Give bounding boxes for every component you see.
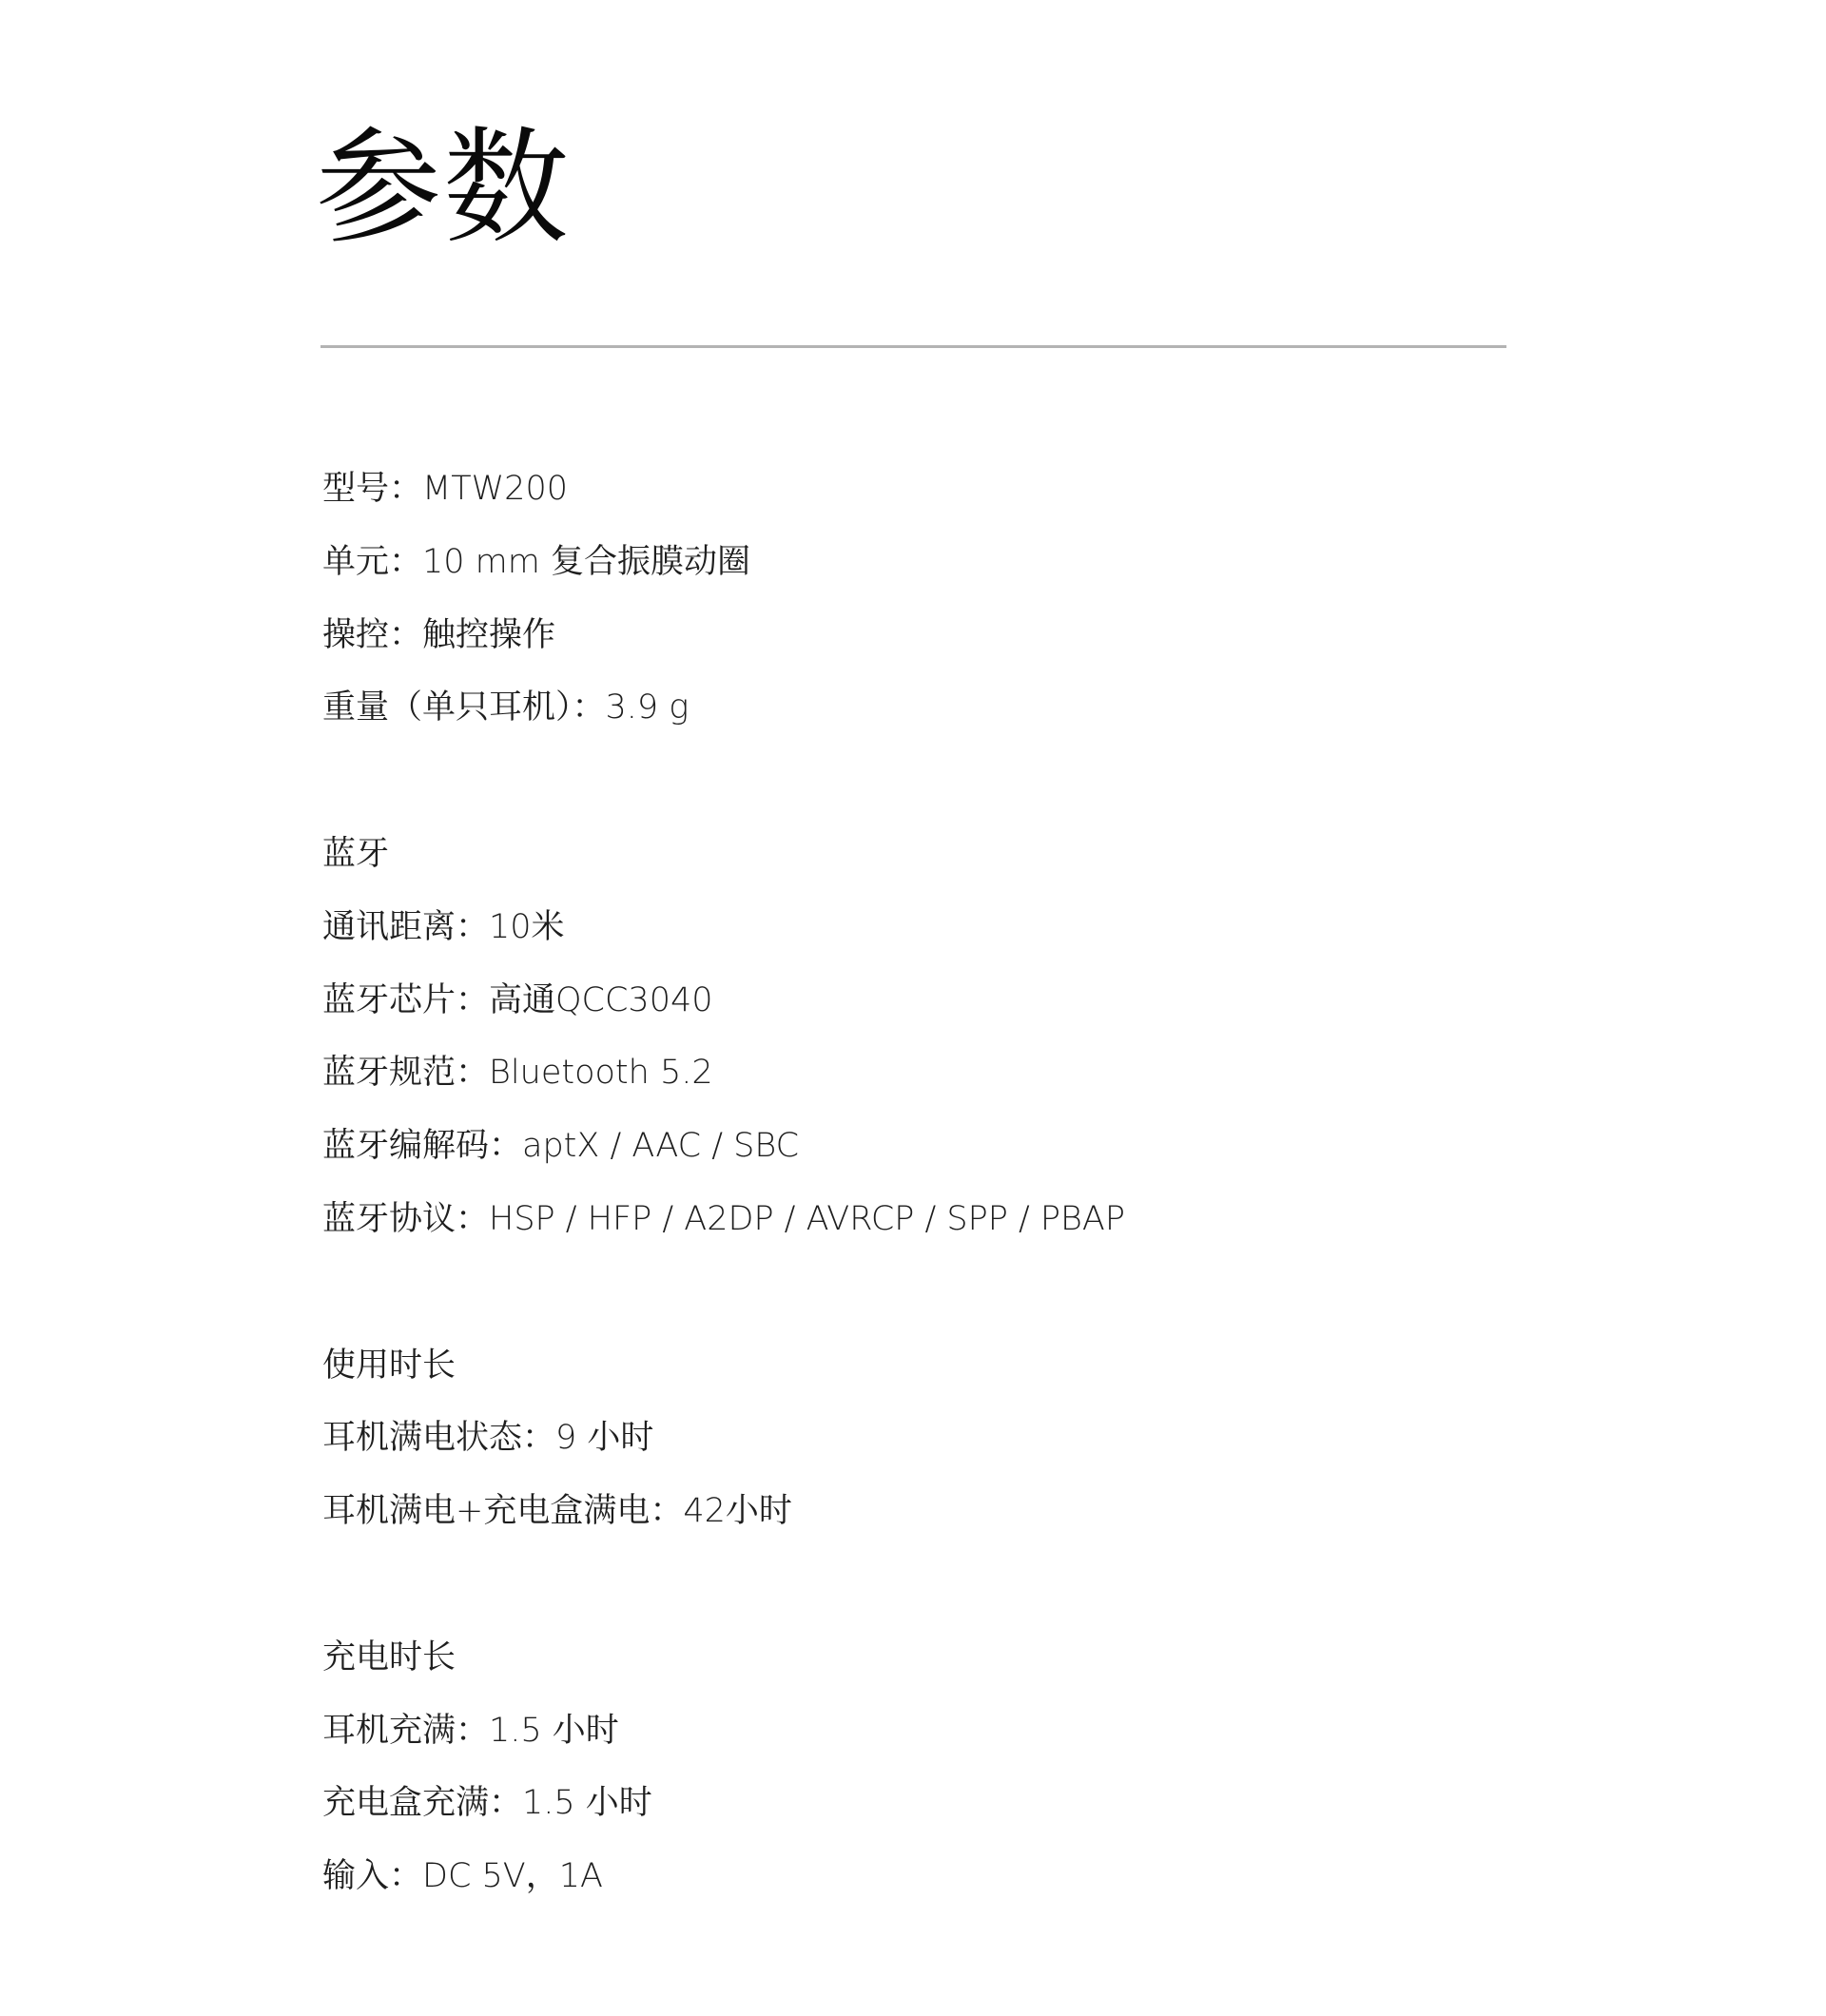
- spec-weight: 重量（单只耳机）：3.9 g: [322, 671, 1502, 745]
- spec-section-bluetooth: 蓝牙 通讯距离：10米 蓝牙芯片：高通QCC3040 蓝牙规范：Bluetoot…: [322, 818, 1502, 1256]
- spec-section-playtime: 使用时长 耳机满电状态：9 小时 耳机满电+充电盒满电：42小时: [322, 1329, 1502, 1548]
- spec-total-playtime: 耳机满电+充电盒满电：42小时: [322, 1475, 1502, 1548]
- spec-earbud-playtime: 耳机满电状态：9 小时: [322, 1402, 1502, 1475]
- spec-bt-version: 蓝牙规范：Bluetooth 5.2: [322, 1037, 1502, 1110]
- spec-bt-chip: 蓝牙芯片：高通QCC3040: [322, 964, 1502, 1037]
- title-divider: [321, 345, 1506, 348]
- spec-case-charge-time: 充电盒充满：1.5 小时: [322, 1767, 1502, 1840]
- spec-list: 型号：MTW200 单元：10 mm 复合振膜动圈 操控：触控操作 重量（单只耳…: [322, 453, 1502, 1987]
- spec-driver-unit: 单元：10 mm 复合振膜动圈: [322, 526, 1502, 599]
- spec-earbud-charge-time: 耳机充满：1.5 小时: [322, 1695, 1502, 1768]
- spec-range: 通讯距离：10米: [322, 891, 1502, 964]
- section-heading-playtime: 使用时长: [322, 1329, 1502, 1403]
- spec-model: 型号：MTW200: [322, 453, 1502, 526]
- spec-section-charging: 充电时长 耳机充满：1.5 小时 充电盒充满：1.5 小时 输入：DC 5V，1…: [322, 1621, 1502, 1913]
- section-heading-charging: 充电时长: [322, 1621, 1502, 1695]
- spec-bt-codecs: 蓝牙编解码：aptX / AAC / SBC: [322, 1110, 1502, 1183]
- spec-section-general: 型号：MTW200 单元：10 mm 复合振膜动圈 操控：触控操作 重量（单只耳…: [322, 453, 1502, 745]
- spec-bt-profiles: 蓝牙协议：HSP / HFP / A2DP / AVRCP / SPP / PB…: [322, 1183, 1502, 1256]
- spec-controls: 操控：触控操作: [322, 599, 1502, 672]
- section-heading-bluetooth: 蓝牙: [322, 818, 1502, 891]
- page-title: 参数: [316, 112, 571, 264]
- spec-input: 输入：DC 5V，1A: [322, 1840, 1502, 1913]
